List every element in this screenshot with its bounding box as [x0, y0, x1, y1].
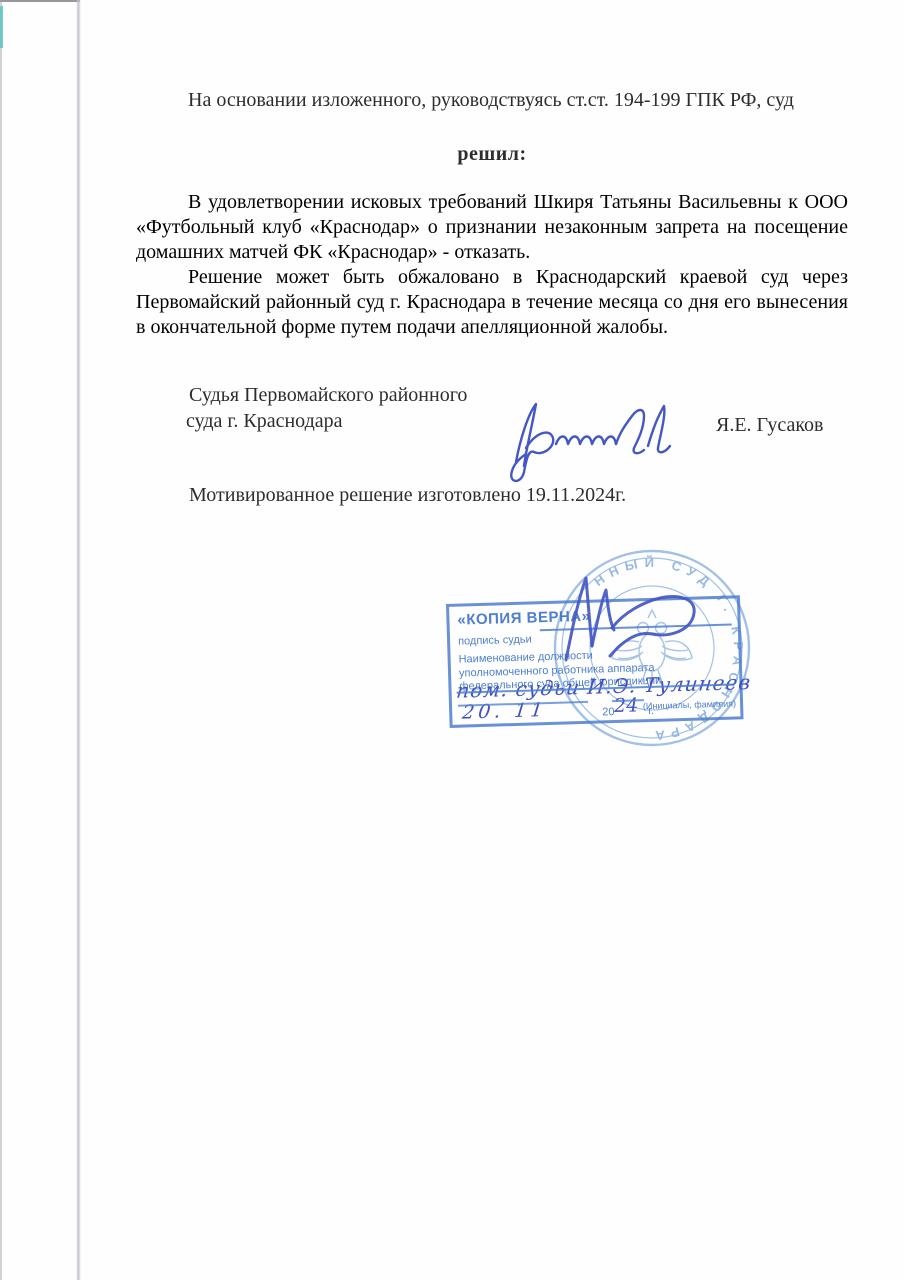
document-page: На основании изложенного, руководствуясь… — [0, 0, 904, 1280]
scan-left-edge — [0, 0, 2, 1280]
motivated-decision-note: Мотивированное решение изготовлено 19.11… — [189, 484, 626, 507]
paragraph-ruling: В удовлетворении исковых требований Шкир… — [136, 190, 848, 265]
judge-title-line2: суда г. Краснодара — [186, 410, 343, 433]
stamp-printed-year-prefix: 20 — [602, 706, 615, 718]
stamp-initials-caption: (Инициалы, фамилия) — [643, 698, 736, 711]
decision-paragraphs: В удовлетворении исковых требований Шкир… — [136, 190, 848, 340]
clerk-signature-ink — [552, 556, 717, 676]
judge-signature-ink — [492, 392, 702, 488]
scan-color-mark — [0, 6, 3, 48]
paragraph-appeal: Решение может быть обжаловано в Краснода… — [136, 265, 848, 340]
stamp-handwritten-year: 24 — [614, 694, 639, 717]
page-fold-line — [76, 0, 81, 1280]
judge-name: Я.Е. Гусаков — [716, 414, 824, 437]
stamp-signature-label: подпись судьи — [458, 633, 532, 647]
judge-title-line1: Судья Первомайского районного — [189, 384, 467, 407]
scanned-court-decision-page: { "colors": { "body_text": "#2d2d2d", "s… — [0, 0, 904, 1280]
scan-top-edge — [0, 0, 80, 2]
resolution-heading: решил: — [136, 143, 848, 166]
stamp-year-suffix: г. — [648, 705, 654, 717]
intro-line: На основании изложенного, руководствуясь… — [136, 88, 848, 113]
